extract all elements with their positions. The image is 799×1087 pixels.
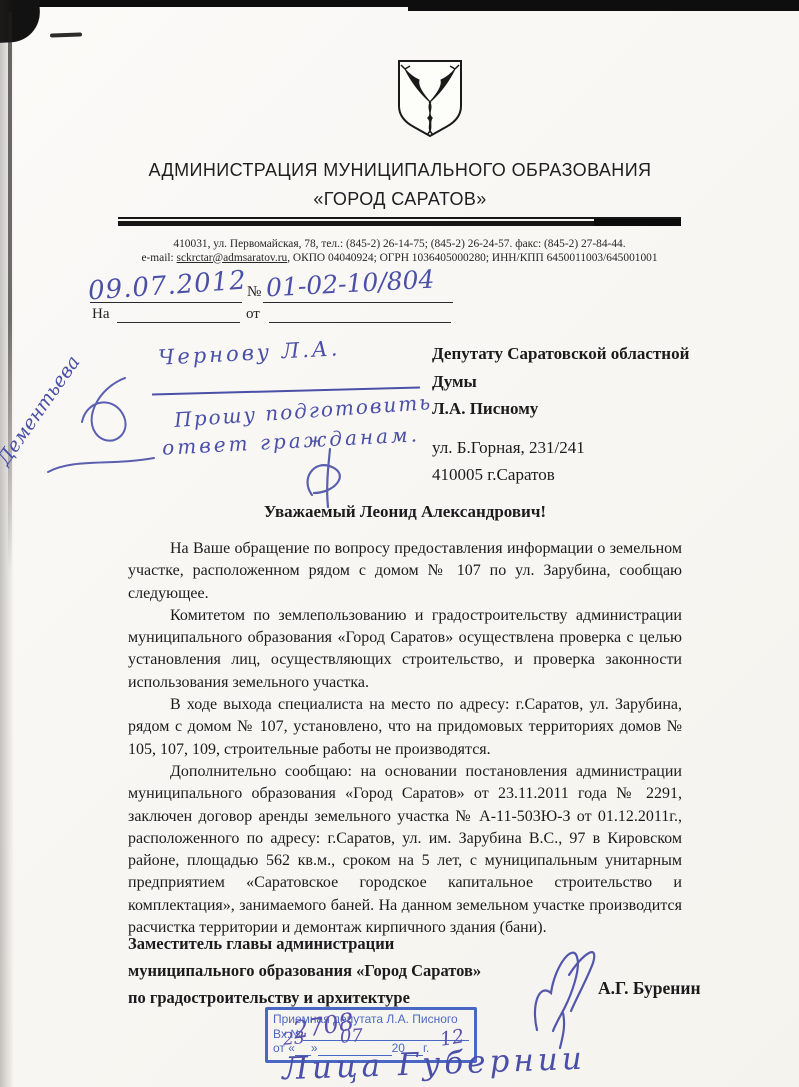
handwritten-addressee: Чернову Л.А. [157,336,340,370]
number-sign-label: № [247,284,261,301]
organization-contacts: 410031, ул. Первомайская, 78, тел.: (845… [108,238,691,265]
scan-artifact-edge-line [8,12,12,572]
ot-blank-line [269,322,451,323]
recipient-line2: Думы [432,368,742,396]
org-name-line2: «ГОРОД САРАТОВ» [90,185,710,214]
body-paragraph: На Ваше обращение по вопросу предоставле… [128,538,682,605]
organization-name: АДМИНИСТРАЦИЯ МУНИЦИПАЛЬНОГО ОБРАЗОВАНИЯ… [90,156,710,214]
saratov-coat-of-arms-icon [388,56,472,140]
contacts-line1: 410031, ул. Первомайская, 78, тел.: (845… [108,238,691,252]
recipient-line3: Л.А. Писному [432,395,742,423]
signer-title-line1: Заместитель главы администрации [128,930,481,957]
ot-label: от [246,306,260,323]
handwritten-month: 07 [339,1025,363,1048]
pen-flourish-icon [298,443,360,511]
salutation: Уважаемый Леонид Александрович! [128,502,682,522]
header-rule-scan-blot [594,219,681,226]
date-blank-line [90,302,242,303]
scan-artifact-dash [50,32,82,37]
body-paragraph: Дополнительно сообщаю: на основании пост… [128,761,682,939]
org-name-line1: АДМИНИСТРАЦИЯ МУНИЦИПАЛЬНОГО ОБРАЗОВАНИЯ [90,156,710,185]
signer-name: А.Г. Буренин [598,978,701,999]
recipient-address1: ул. Б.Горная, 231/241 [432,434,742,462]
handwritten-outgoing-number: 01-02-10/804 [265,265,435,303]
email-text: sckrctar@admsaratov.ru [177,252,288,264]
recipient-line1: Депутату Саратовской областной [432,340,742,368]
number-blank-line [263,302,453,303]
body-paragraph: В ходе выхода специалиста на место по ад… [128,694,682,761]
recipient-block: Депутату Саратовской областной Думы Л.А.… [432,340,742,489]
scan-artifact-top-band [408,0,799,11]
recipient-address2: 410005 г.Саратов [432,461,742,489]
signer-title-line2: муниципального образования «Город Сарато… [128,957,481,984]
pen-flourish-icon [40,350,160,480]
signer-title: Заместитель главы администрации муниципа… [128,930,481,1011]
na-label: На [92,306,110,323]
handwritten-date: 09.07.2012 [87,265,248,306]
letter-body: На Ваше обращение по вопросу предоставле… [128,538,682,939]
contacts-line2: e-mail: sckrctar@admsaratov.ru, ОКПО 040… [108,252,691,266]
scanned-letter-page: АДМИНИСТРАЦИЯ МУНИЦИПАЛЬНОГО ОБРАЗОВАНИЯ… [0,0,799,1087]
handwritten-day: 23 [282,1028,305,1050]
body-paragraph: Комитетом по землепользованию и градостр… [128,605,682,694]
na-blank-line [117,322,240,323]
